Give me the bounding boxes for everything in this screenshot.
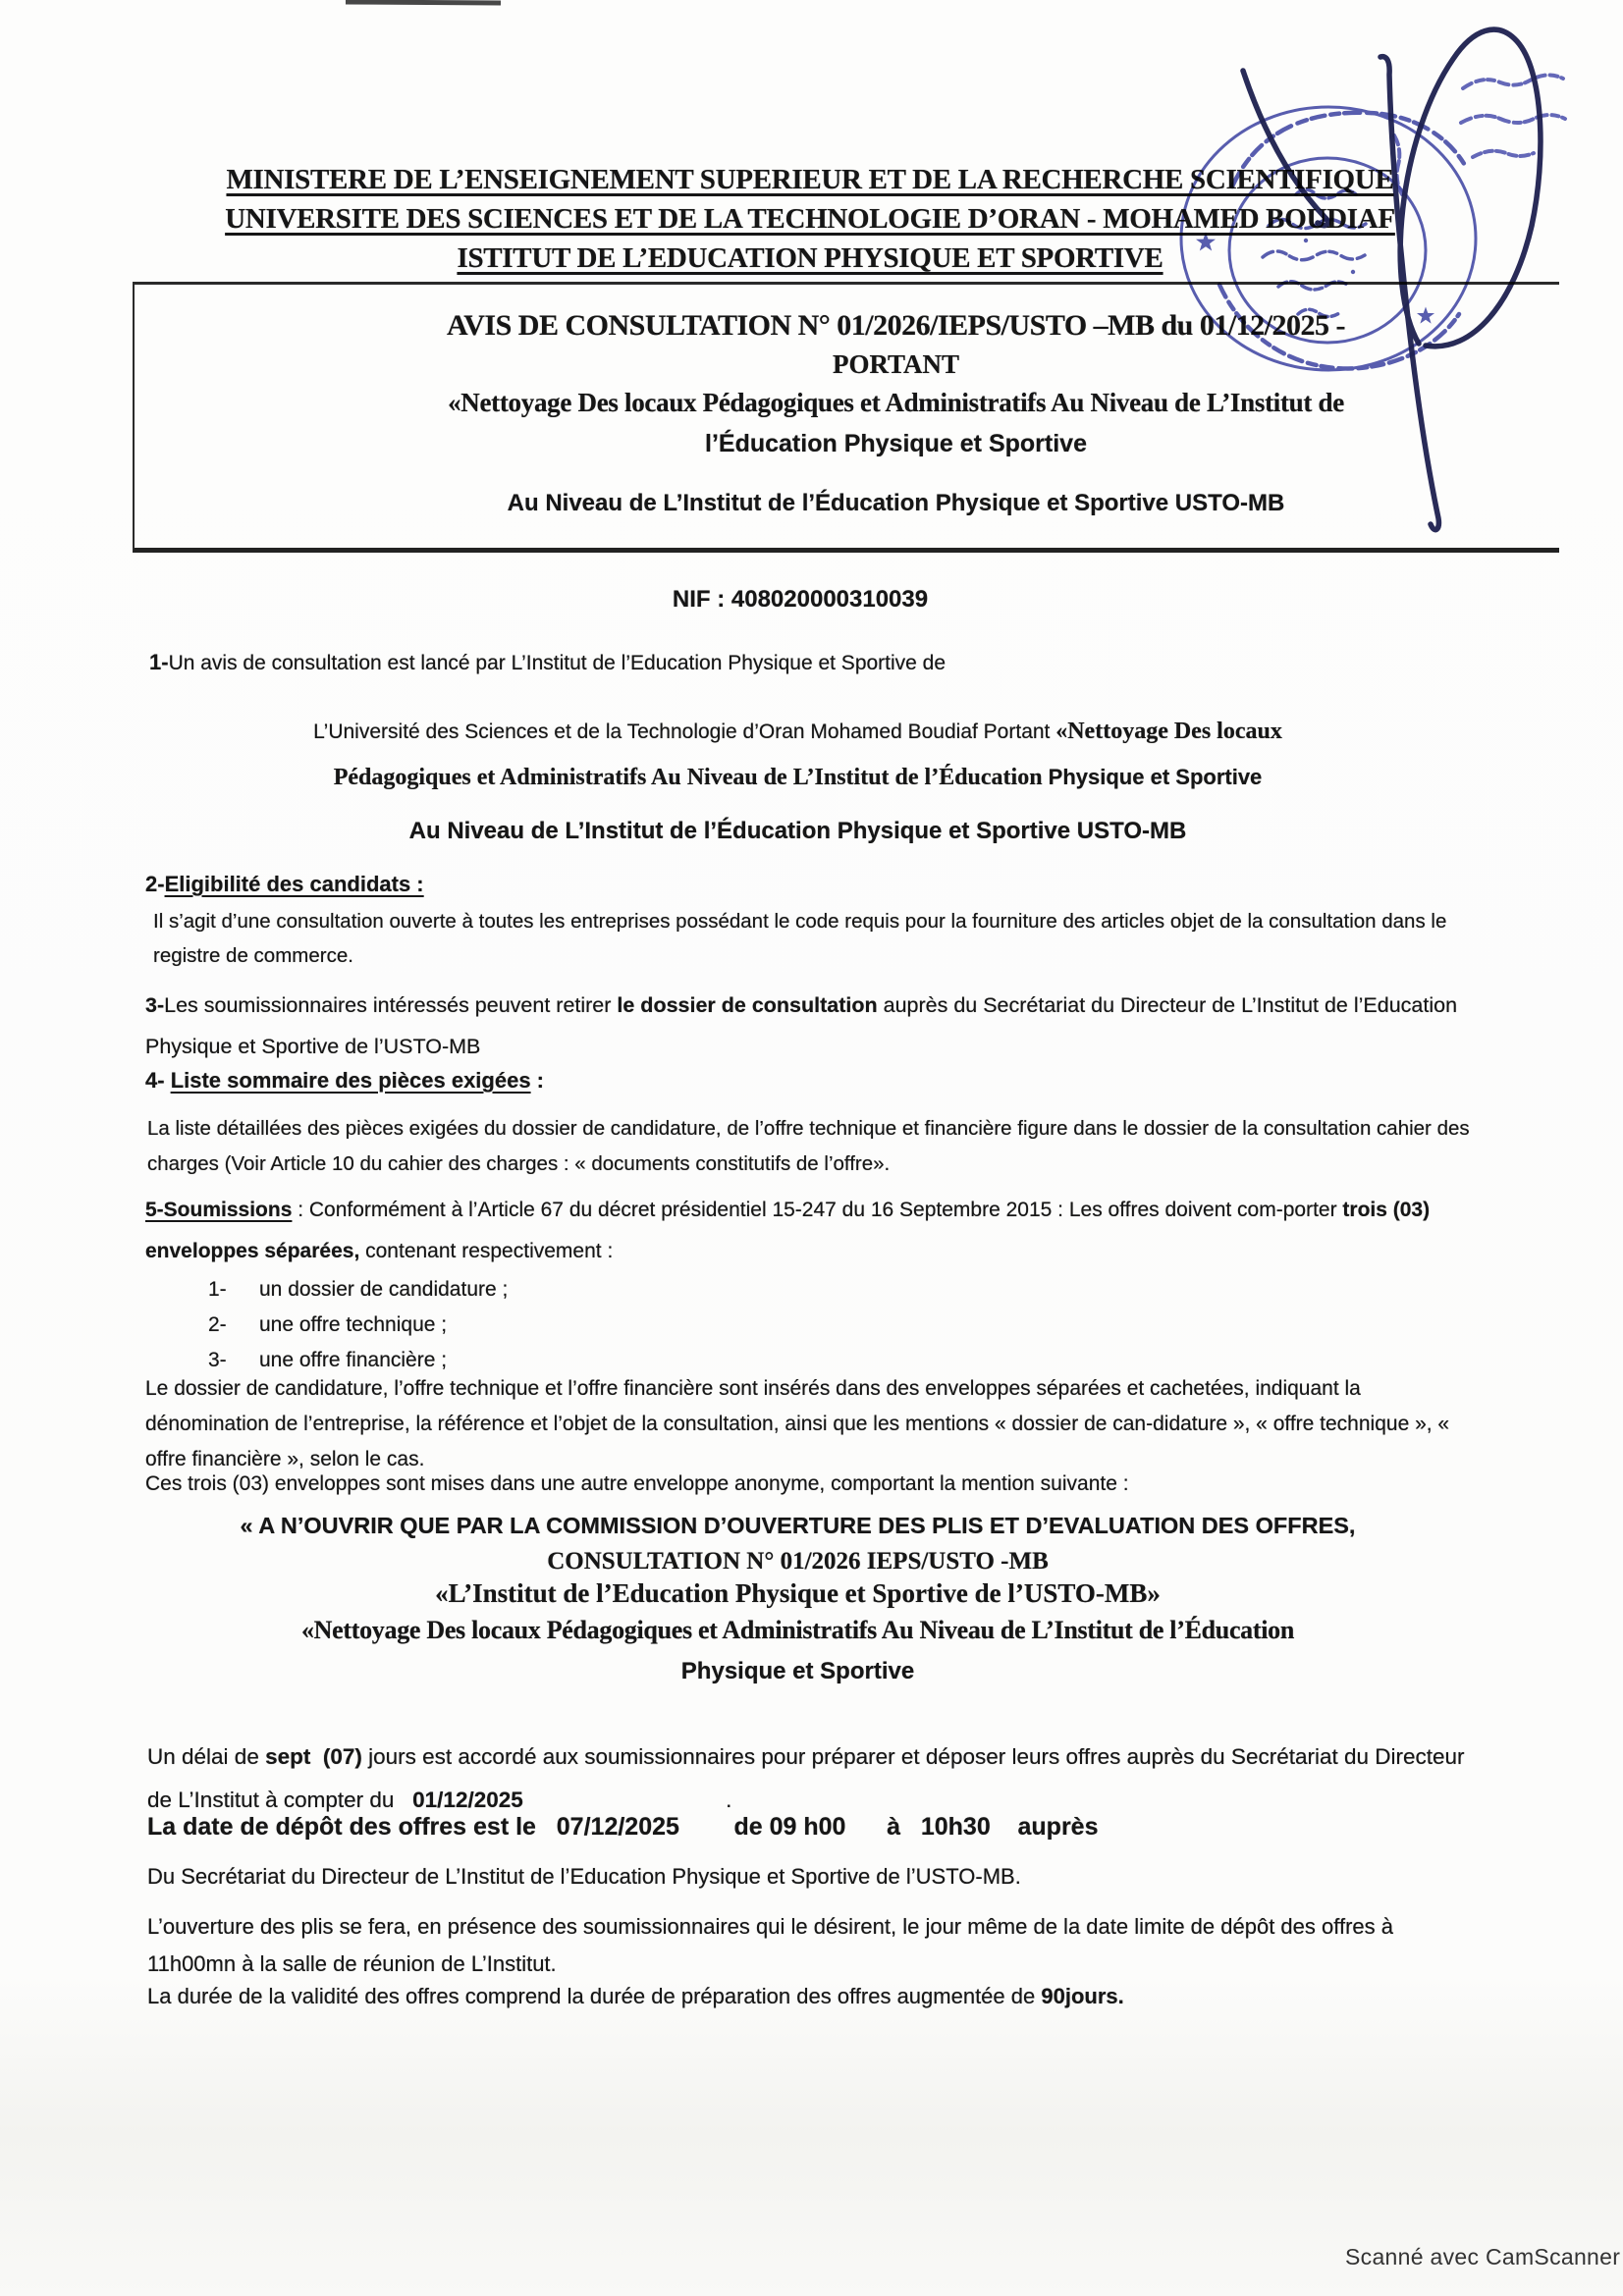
start-date: 01/12/2025 <box>412 1788 523 1812</box>
opening-paragraph: L’ouverture des plis se fera, en présenc… <box>147 1908 1475 1983</box>
validity-paragraph: La durée de la validité des offres compr… <box>147 1984 1483 2009</box>
nif-number: NIF : 408020000310039 <box>147 586 1453 614</box>
section2-body: Il s’agit d’une consultation ouverte à t… <box>153 904 1469 973</box>
camscanner-watermark: Scanné avec CamScanner <box>1345 2244 1620 2270</box>
list-item: 1-un dossier de candidature ; <box>208 1272 508 1308</box>
section4-heading: 4- Liste sommaire des pièces exigées : <box>145 1068 544 1094</box>
secretariat-line: Du Secrétariat du Directeur de L’Institu… <box>147 1864 1483 1890</box>
mention-line3: «L’Institut de l’Education Physique et S… <box>133 1578 1463 1609</box>
scanned-document-page: MINISTERE DE L’ENSEIGNEMENT SUPERIEUR ET… <box>0 0 1623 2296</box>
official-stamp-and-signature <box>1149 20 1620 589</box>
section1-subject: L’Université des Sciences et de la Techn… <box>133 709 1463 801</box>
mention-line5: Physique et Sportive <box>133 1658 1463 1685</box>
envelope-list: 1-un dossier de candidature ; 2-une offr… <box>208 1272 508 1378</box>
section1-number: 1- <box>149 650 169 674</box>
deposit-date-line: La date de dépôt des offres est le 07/12… <box>147 1813 1522 1842</box>
deposit-date: 07/12/2025 <box>557 1813 679 1841</box>
section5-paragraph: 5-Soumissions : Conformément à l’Article… <box>145 1190 1473 1272</box>
section4-body: La liste détaillées des pièces exigées d… <box>147 1111 1471 1182</box>
anonymous-envelope-paragraph: Ces trois (03) enveloppes sont mises dan… <box>145 1472 1473 1496</box>
section1-location-line: Au Niveau de L’Institut de l’Éducation P… <box>133 818 1463 845</box>
deadline-days: sept (07) <box>265 1744 362 1769</box>
stamp-star-left <box>1196 233 1216 251</box>
envelopes-detail-paragraph: Le dossier de candidature, l’offre techn… <box>145 1371 1473 1477</box>
deadline-paragraph: Un délai de sept (07) jours est accordé … <box>147 1735 1475 1822</box>
mention-line1: « A N’OUVRIR QUE PAR LA COMMISSION D’OUV… <box>133 1509 1463 1543</box>
round-stamp <box>1181 107 1476 370</box>
section1-intro: 1-Un avis de consultation est lancé par … <box>149 650 1485 675</box>
mention-line2: CONSULTATION N° 01/2026 IEPS/USTO -MB <box>133 1548 1463 1575</box>
stamp-star-right <box>1417 307 1434 324</box>
validity-duration: 90jours. <box>1041 1984 1123 2008</box>
section3-paragraph: 3-Les soumissionnaires intéressés peuven… <box>145 985 1473 1067</box>
list-item: 2-une offre technique ; <box>208 1308 508 1343</box>
section2-heading: 2-Eligibilité des candidats : <box>145 872 424 897</box>
mention-line4: «Nettoyage Des locaux Pédagogiques et Ad… <box>133 1616 1463 1645</box>
scan-edge-artifact <box>346 0 501 6</box>
envelope-mention-block: « A N’OUVRIR QUE PAR LA COMMISSION D’OUV… <box>133 1509 1463 1685</box>
section5-heading: 5-Soumissions <box>145 1199 292 1221</box>
signature <box>1243 29 1541 530</box>
